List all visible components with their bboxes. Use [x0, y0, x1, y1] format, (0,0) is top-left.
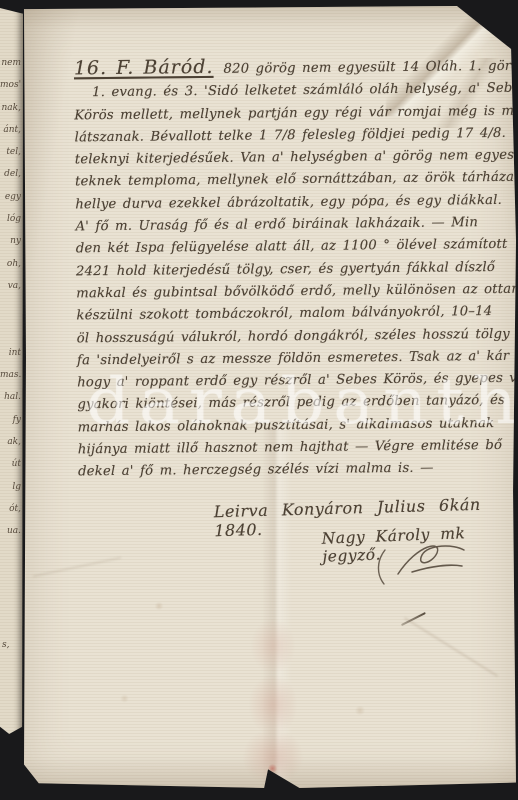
facing-page-fragment: [0, 297, 21, 319]
stain-blob: [248, 674, 298, 736]
foxing-spot: [354, 706, 366, 715]
letter-body: 16. F. Báród.820 görög nem egyesült 14 O…: [74, 54, 518, 484]
facing-page-fragment: ót,: [0, 498, 21, 520]
manuscript-photo: nem mos' nak, ánt, tel, del, egy lóg ny …: [0, 0, 518, 800]
facing-page-fragment: [0, 320, 21, 342]
facing-page-fragment: ánt,: [0, 119, 21, 141]
letter-line: dekel a' fő m. herczegség szélés vízi ma…: [78, 457, 518, 484]
letter-heading: 16. F. Báród.: [74, 56, 214, 79]
facing-page-fragment: s,: [2, 640, 9, 650]
facing-page-fragment: út: [0, 453, 21, 475]
stain-blob: [242, 728, 304, 786]
facing-page-fragment: fy: [0, 409, 21, 431]
facing-page-fragment: lg: [0, 476, 21, 498]
facing-page-fragment: va,: [0, 275, 21, 297]
facing-page-fragment: hal.: [0, 386, 21, 408]
facing-page-fragment: mos': [0, 74, 21, 96]
ink-paren-flourish: [374, 548, 388, 586]
facing-page-text-fragments: nem mos' nak, ánt, tel, del, egy lóg ny …: [0, 52, 21, 543]
foxing-spot: [120, 694, 129, 703]
signature-flourish: [392, 538, 484, 580]
facing-page-fragment: nak,: [0, 97, 21, 119]
facing-page-fragment: egy: [0, 186, 21, 208]
facing-page-edge: nem mos' nak, ánt, tel, del, egy lóg ny …: [0, 8, 23, 734]
fold-crease-bottom-right: [404, 617, 498, 677]
foxing-spot: [154, 602, 164, 610]
facing-page-fragment: ua.: [0, 520, 21, 542]
facing-page-fragment: ak,: [0, 431, 21, 453]
facing-page-fragment: mas.: [0, 364, 21, 386]
facing-page-fragment: del,: [0, 163, 21, 185]
facing-page-fragment: tel,: [0, 141, 21, 163]
letter-line-text: 820 görög nem egyesült 14 Oláh. 1. görög…: [223, 57, 518, 76]
fold-crease-bottom-left: [33, 557, 121, 578]
facing-page-fragment: oh,: [0, 253, 21, 275]
stain-blob: [250, 618, 296, 674]
wax-dot: [268, 764, 277, 773]
facing-page-fragment: lóg: [0, 208, 21, 230]
manuscript-page: 16. F. Báród.820 görög nem egyesült 14 O…: [24, 6, 516, 788]
facing-page-fragment: int: [0, 342, 21, 364]
facing-page-fragment: nem: [0, 52, 21, 74]
facing-page-fragment: ny: [0, 230, 21, 252]
